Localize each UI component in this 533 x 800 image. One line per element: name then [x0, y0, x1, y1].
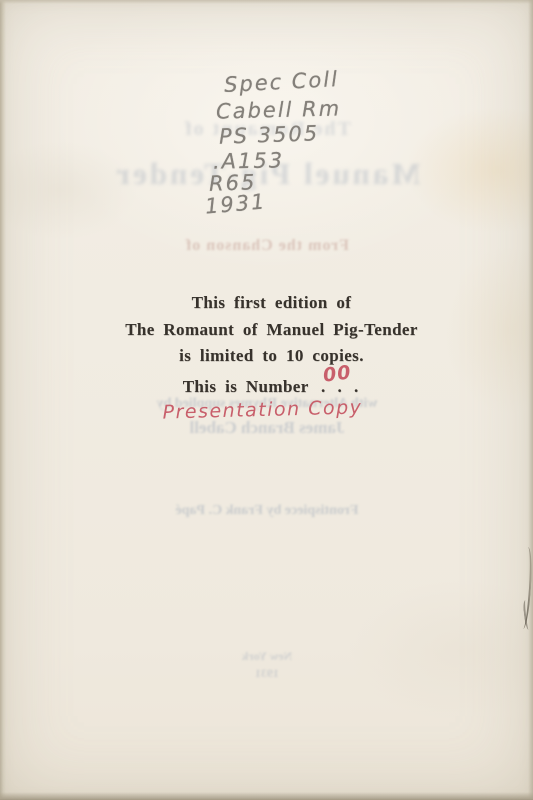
pencil-line-spec-coll: Spec Coll	[223, 67, 339, 97]
pencil-line-year: 1931	[204, 189, 267, 218]
limitation-title-line: The Romaunt of Manuel Pig-Tender	[5, 320, 533, 340]
number-slot: 00 . . .	[317, 377, 360, 397]
pencil-line-cabell-rm: Cabell Rm	[216, 96, 342, 123]
number-line-prefix: This is Number	[183, 377, 309, 396]
show-through-imprint-city: New York	[241, 649, 292, 664]
show-through-imprint-year: 1931	[255, 666, 279, 681]
pencil-line-class-ps: PS 3505	[219, 121, 320, 148]
show-through-subtitle: From the Chanson of	[184, 237, 348, 255]
limitation-line3: is limited to 10 copies.	[5, 346, 533, 366]
page-edge-bottom	[0, 792, 533, 800]
limitation-line1: This first edition of	[5, 293, 533, 313]
page-edge-top	[0, 0, 533, 4]
page-edge-left	[0, 0, 6, 800]
show-through-frontispiece: Frontispiece by Frank C. Papé	[175, 503, 358, 519]
page-edge-right	[528, 0, 533, 800]
scanned-book-page: The Romaunt of Manuel Pig-Tender From th…	[0, 0, 533, 800]
handwritten-copy-number: 00	[322, 361, 353, 386]
